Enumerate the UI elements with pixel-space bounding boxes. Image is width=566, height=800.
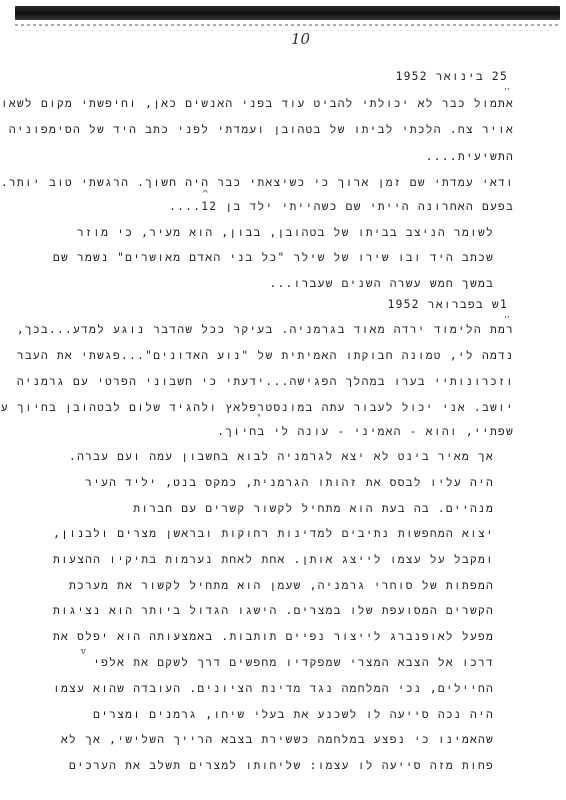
text-line: יושב. אני יכול לעבור עתה במונסטרפלאץ ולה… [0,401,514,415]
text-line: מנהיים. בה בעת הוא מתחיל לקשור קשרים עם … [133,502,494,516]
text-line: נדמה לי, טמונה חבוקתו האמיתית של "נוע הא… [17,349,514,363]
handwritten-mark: ^ [201,190,209,200]
text-line: ודאי עמדתי שם זמן ארוך כי כשיצאתי כבר הי… [1,176,514,190]
text-line: אתמול כבר לא יכולתי להביט עוד בפני האנשי… [0,97,514,111]
text-line: החיילים, נכי המלחמה נגד מדינת הציונים. ה… [53,682,494,696]
handwritten-mark: ,, [504,82,510,92]
text-line: הקשרים המסועפת שלו במצרים. הישגו הגדול ב… [53,604,494,618]
text-line: במשך חמש עשרה השנים שעברו... [269,277,494,291]
text-line: היה עליו לבסס את זהותו הגרמנית, כמקס בנט… [85,476,494,490]
text-line: שהאמינו כי נפצע במלחמה כששירת בצבא הרייך… [61,733,494,747]
text-line: בפעם האחרונה הייתי שם כשהייתי ילד בן 12.… [169,200,514,214]
text-line: המפתות של סוחרי גרמניה, שעמן הוא מתחיל ל… [69,579,494,593]
handwritten-mark: v [81,647,86,657]
text-line: לשומר הניצב בביתו של בטהובן, בבון, הוא מ… [77,226,494,240]
entry-date: 25 בינואר 1952 [396,70,508,84]
text-line: ומקבל על עצמו לייצג אותן. אחת לאחת נערמו… [53,553,494,567]
text-line: דרכו אל הצבא המצרי שמפקדיו מחפשים דרך לש… [93,656,494,670]
text-line: אויר צח. הלכתי לביתו של בטהובן ועמדתי לפ… [9,123,514,137]
handwritten-mark: ,, [504,310,510,320]
text-line: מפעל לאופנברג לייצור נפיים תותבות. באמצע… [53,630,494,644]
text-line: שכתב היד ובו שירו של שילר "כל בני האדם מ… [53,251,494,265]
handwritten-mark: " [257,414,261,424]
document-body: 25 בינואר 1952 ,, אתמול כבר לא יכולתי לה… [0,0,566,800]
text-line: וזכרונותיי בערו במהלך הפגישה...ידעתי כי … [17,375,514,389]
text-line: פחות מזה סייעה לו עצמו: שליחותו למצרים ת… [69,759,494,773]
entry-date: 1ש בפברואר 1952 [388,298,508,312]
text-line: התשיעית.... [426,150,514,164]
text-line: שפתיי, והוא - האמיני - עונה לי בחיוך. [217,425,514,439]
text-line: היה נכה סייעה לו לשכנע את בעלי שיחו, גרמ… [93,708,494,722]
text-line: יצוא המחפשות נתיבים למדינות רחוקות ובראש… [53,527,494,541]
text-line: אך מאיר בינט לא יצא לגרמניה לבוא בחשבון … [69,450,494,464]
text-line: רמת הלימוד ירדה מאוד בגרמניה. בעיקר ככל … [17,323,514,337]
